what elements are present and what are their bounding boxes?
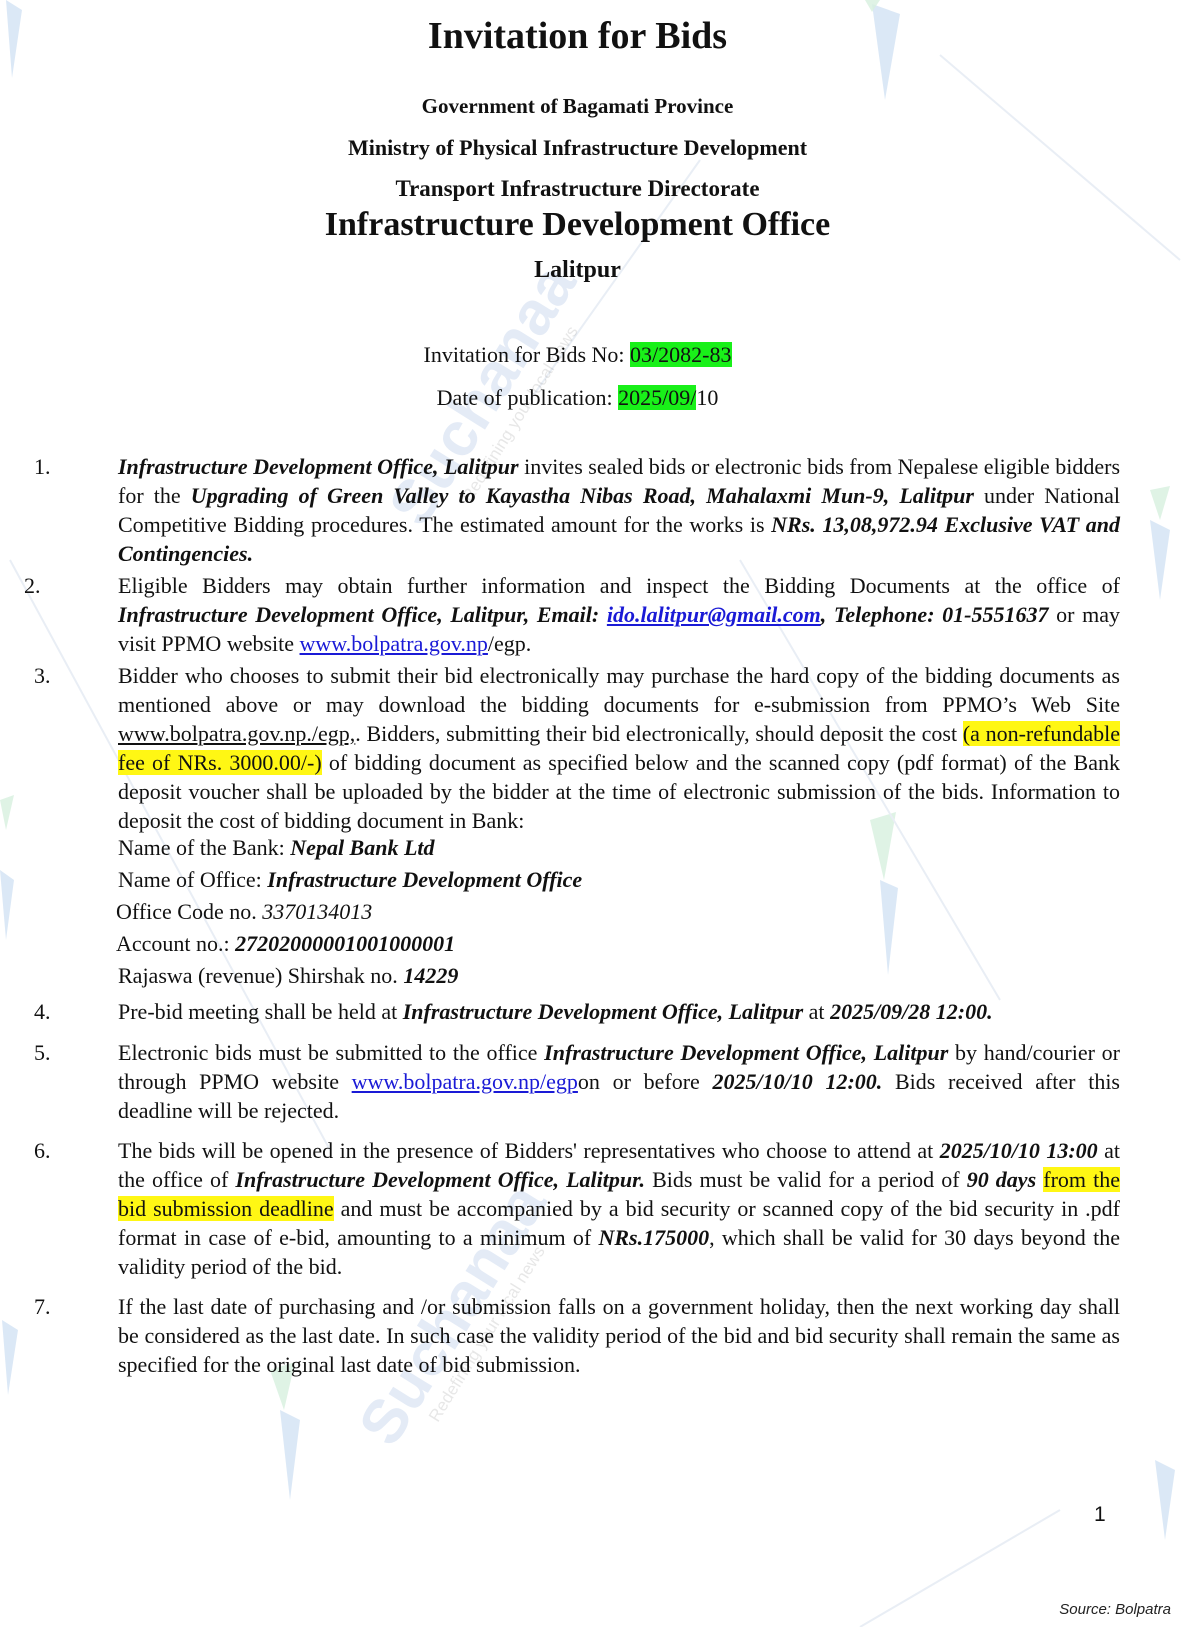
bolpatra-egp-link[interactable]: www.bolpatra.gov.np/egp — [352, 1069, 578, 1094]
header-government: Government of Bagamati Province — [0, 94, 1155, 119]
item-body: Bidder who chooses to submit their bid e… — [118, 661, 1120, 835]
document-title: Invitation for Bids — [0, 14, 1155, 58]
bank-value: 3370134013 — [262, 899, 372, 924]
bank-label: Office Code no. — [116, 899, 262, 924]
office-name-line: Name of Office: Infrastructure Developme… — [118, 865, 582, 894]
revenue-shirshak-line: Rajaswa (revenue) Shirshak no. 14229 — [118, 961, 458, 990]
bank-label: Rajaswa (revenue) Shirshak no. — [118, 963, 403, 988]
office-contact: Infrastructure Development Office, Lalit… — [118, 602, 607, 627]
item-body: If the last date of purchasing and /or s… — [118, 1292, 1120, 1379]
bank-label: Account no.: — [116, 931, 235, 956]
office-code-line: Office Code no. 3370134013 — [116, 897, 372, 926]
item-number: 6. — [34, 1136, 94, 1165]
item-number: 4. — [34, 997, 94, 1026]
item-text: The bids will be opened in the presence … — [118, 1138, 940, 1163]
opening-datetime: 2025/10/10 13:00 — [940, 1138, 1098, 1163]
office-name: Infrastructure Development Office, Lalit… — [403, 999, 803, 1024]
item-text: Bidder who chooses to submit their bid e… — [118, 663, 1120, 717]
publication-date-label: Date of publication: — [437, 385, 618, 410]
item-number: 1. — [34, 452, 94, 481]
source-credit: Source: Bolpatra — [1059, 1601, 1171, 1618]
item-text: /egp. — [488, 631, 531, 656]
office-name: Infrastructure Development Office, Lalit… — [544, 1040, 948, 1065]
bank-name-line: Name of the Bank: Nepal Bank Ltd — [118, 833, 435, 862]
item-body: Electronic bids must be submitted to the… — [118, 1038, 1120, 1125]
item-body: Infrastructure Development Office, Lalit… — [118, 452, 1120, 568]
project-name: Upgrading of Green Valley to Kayastha Ni… — [191, 483, 974, 508]
item-text: . Bidders, submitting their bid electron… — [355, 721, 963, 746]
bank-value: 14229 — [403, 963, 458, 988]
item-number: 3. — [34, 661, 94, 690]
item-text: Eligible Bidders may obtain further info… — [118, 573, 1120, 598]
ifb-number-value: 03/2082-83 — [630, 342, 731, 367]
header-location: Lalitpur — [0, 257, 1155, 284]
item-text: on or before — [578, 1069, 713, 1094]
item-body: The bids will be opened in the presence … — [118, 1136, 1120, 1281]
publication-date-line: Date of publication: 2025/09/10 — [0, 385, 1155, 411]
bank-label: Name of the Bank: — [118, 835, 290, 860]
telephone: , Telephone: 01-5551637 — [821, 602, 1049, 627]
publication-date-highlight: 2025/09/ — [618, 385, 696, 410]
bank-value: Infrastructure Development Office — [267, 867, 582, 892]
bank-value: Nepal Bank Ltd — [290, 835, 434, 860]
ifb-number-line: Invitation for Bids No: 03/2082-83 — [0, 342, 1155, 368]
item-text: Electronic bids must be submitted to the… — [118, 1040, 544, 1065]
account-number-line: Account no.: 27202000001001000001 — [116, 929, 455, 958]
item-number: 7. — [34, 1292, 94, 1321]
validity-days: 90 days — [967, 1167, 1036, 1192]
item-text: Bids must be valid for a period of — [645, 1167, 967, 1192]
item-body: Eligible Bidders may obtain further info… — [118, 571, 1120, 658]
header-ministry: Ministry of Physical Infrastructure Deve… — [0, 135, 1155, 161]
office-name: Infrastructure Development Office, Lalit… — [235, 1167, 645, 1192]
bolpatra-egp-link[interactable]: www.bolpatra.gov.np./egp, — [118, 721, 355, 746]
item-number: 5. — [34, 1038, 94, 1067]
ifb-number-label: Invitation for Bids No: — [424, 342, 631, 367]
item-text: If the last date of purchasing and /or s… — [118, 1294, 1120, 1377]
bank-label: Name of Office: — [118, 867, 267, 892]
bank-value: 27202000001001000001 — [235, 931, 455, 956]
email-link[interactable]: ido.lalitpur@gmail.com — [607, 602, 821, 627]
item-number: 2. — [24, 571, 84, 600]
page-number: 1 — [1094, 1503, 1106, 1527]
submission-deadline: 2025/10/10 12:00. — [713, 1069, 883, 1094]
office-name: Infrastructure Development Office, Lalit… — [118, 454, 519, 479]
header-directorate: Transport Infrastructure Directorate — [0, 176, 1155, 202]
header-office: Infrastructure Development Office — [0, 206, 1155, 244]
item-body: Pre-bid meeting shall be held at Infrast… — [118, 997, 1120, 1026]
publication-date-rest: 10 — [696, 385, 718, 410]
item-text: at — [803, 999, 830, 1024]
pre-bid-datetime: 2025/09/28 12:00. — [830, 999, 993, 1024]
bid-security-amount: NRs.175000 — [598, 1225, 709, 1250]
item-text: Pre-bid meeting shall be held at — [118, 999, 403, 1024]
bolpatra-website-link[interactable]: www.bolpatra.gov.np — [300, 631, 488, 656]
